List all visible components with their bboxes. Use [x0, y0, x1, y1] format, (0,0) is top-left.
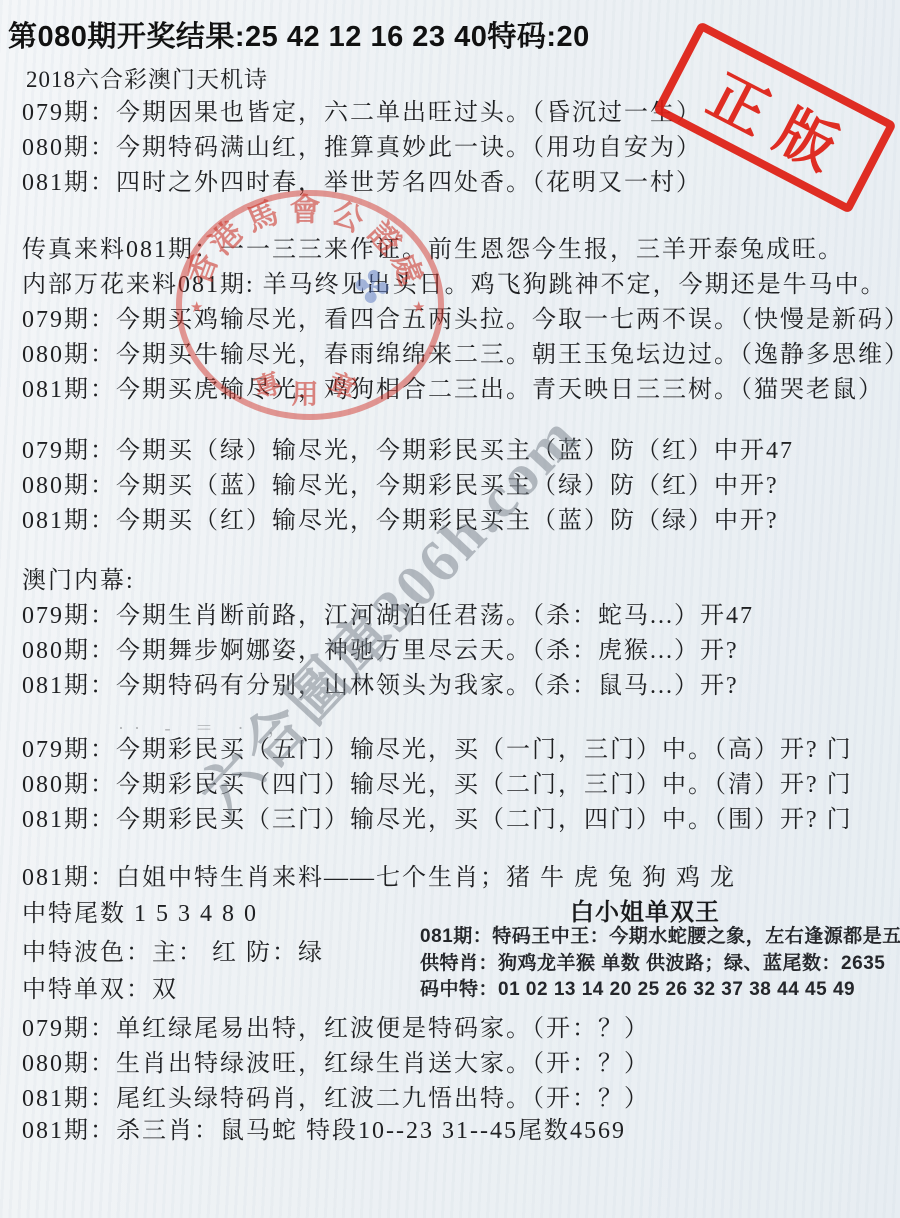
color-line: 080期：今期买（蓝）输尽光，今期彩民买主（绿）防（红）中开?	[22, 472, 779, 501]
seal-bottom-char: 用	[292, 373, 319, 412]
baixiaojie-line: 供特肖：狗鸡龙羊猴 单数 供波路；绿、蓝尾数：2635	[420, 948, 885, 975]
door-line: 081期：今期彩民买（三门）输尽光，买（二门，四门）中。（围）开? 门	[22, 806, 853, 835]
poem-section-header: 2018六合彩澳门天机诗	[26, 66, 268, 94]
baijie-wave-color: 中特波色：主： 红 防：绿	[22, 939, 324, 968]
fax-line: 081期：今期买虎输尽光，鸡狗相合二三出。青天映日三三树。（猫哭老鼠）	[22, 376, 884, 405]
fax-line: 内部万花来料081期: 羊马终见出头日。鸡飞狗跳神不定，今期还是牛马中。	[22, 271, 887, 300]
seal-arc-char: 會	[290, 185, 321, 230]
zhengban-stamp-label: 正版	[680, 41, 870, 194]
lottery-sheet: 第080期开奖结果:25 42 12 16 23 40特码:20 2018六合彩…	[0, 0, 900, 1218]
poem-line: 081期：四时之外四时春，举世芳名四处香。（花明又一村）	[22, 169, 702, 198]
seal-blue-emblem-icon: ✤	[350, 260, 394, 316]
color-line: 079期：今期买（绿）输尽光，今期彩民买主（蓝）防（红）中开47	[22, 437, 794, 466]
baixiaojie-line: 码中特：01 02 13 14 20 25 26 32 37 38 44 45 …	[420, 974, 855, 1001]
baijie-tail-numbers: 中特尾数 1 5 3 4 8 0	[22, 900, 258, 929]
bottom-line: 079期：单红绿尾易出特，红波便是特码家。（开：？）	[22, 1015, 650, 1044]
color-line: 081期：今期买（红）输尽光，今期彩民买主（蓝）防（绿）中开?	[22, 507, 779, 536]
macau-section-header: 澳门内幕:	[22, 567, 135, 596]
bottom-line: 080期：生肖出特绿波旺，红绿生肖送大家。（开：？）	[22, 1050, 650, 1079]
poem-line: 080期：今期特码满山红，推算真妙此一诀。（用功自安为）	[22, 134, 702, 163]
bottom-line: 081期：杀三肖：鼠马蛇 特段10--23 31--45尾数4569	[22, 1117, 626, 1146]
bottom-line: 081期：尾红头绿特码肖，红波二九悟出特。（开：？）	[22, 1085, 650, 1114]
poem-line: 079期：今期因果也皆定，六二单出旺过头。（昏沉过一生）	[22, 99, 702, 128]
fax-line: 080期：今期买牛输尽光，春雨绵绵来二三。朝王玉兔坛边过。（逸静多思维）	[22, 341, 900, 370]
fax-line: 079期：今期买鸡输尽光，看四合五两头拉。今取一七两不误。（快慢是新码）	[22, 306, 900, 335]
baixiaojie-line: 081期：特码王中王：今期水蛇腰之象，左右逢源都是五	[420, 921, 900, 948]
seal-star-icon: ★	[190, 298, 203, 317]
seal-star-icon: ★	[412, 298, 425, 317]
page-title: 第080期开奖结果:25 42 12 16 23 40特码:20	[8, 20, 590, 55]
door-line: 080期：今期彩民买（四门）输尽光，买（二门，三门）中。（清）开? 门	[22, 771, 853, 800]
baijie-parity: 中特单双：双	[22, 976, 178, 1005]
baijie-zodiac-line: 081期：白姐中特生肖来料——七个生肖；猪 牛 虎 兔 狗 鸡 龙	[22, 864, 736, 893]
door-line: 079期：今期彩民买（五门）输尽光，买（一门，三门）中。（高）开? 门	[22, 736, 853, 765]
